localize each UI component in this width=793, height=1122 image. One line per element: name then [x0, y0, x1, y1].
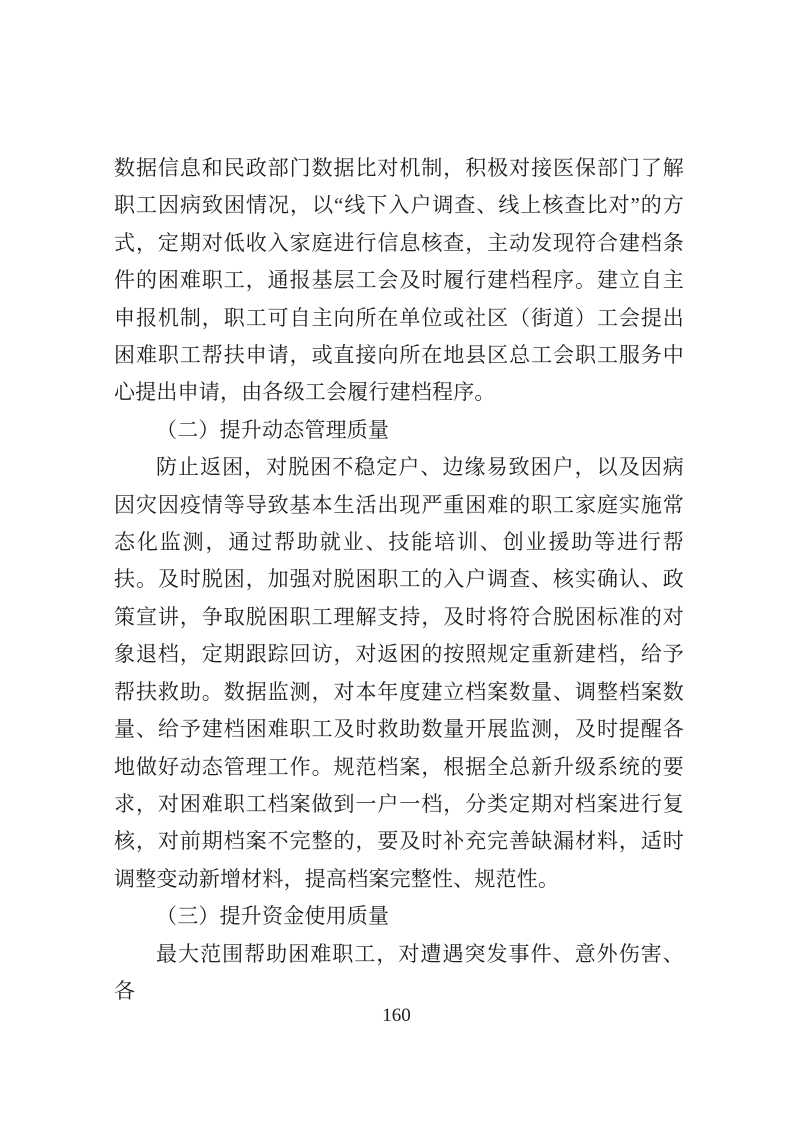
paragraph-archive-mechanism: 数据信息和民政部门数据比对机制，积极对接医保部门了解职工因病致困情况，以“线下入…: [114, 150, 684, 412]
section-heading-dynamic-management: （二）提升动态管理质量: [114, 412, 684, 449]
page-number: 160: [0, 1004, 793, 1028]
paragraph-fund-usage: 最大范围帮助困难职工，对遭遇突发事件、意外伤害、各: [114, 936, 684, 1011]
text-content: 数据信息和民政部门数据比对机制，积极对接医保部门了解职工因病致困情况，以“线下入…: [114, 150, 684, 1010]
paragraph-dynamic-management: 防止返困，对脱困不稳定户、边缘易致困户，以及因病因灾因疫情等导致基本生活出现严重…: [114, 449, 684, 898]
section-heading-fund-usage: （三）提升资金使用质量: [114, 898, 684, 935]
document-page: 数据信息和民政部门数据比对机制，积极对接医保部门了解职工因病致困情况，以“线下入…: [0, 0, 793, 1122]
